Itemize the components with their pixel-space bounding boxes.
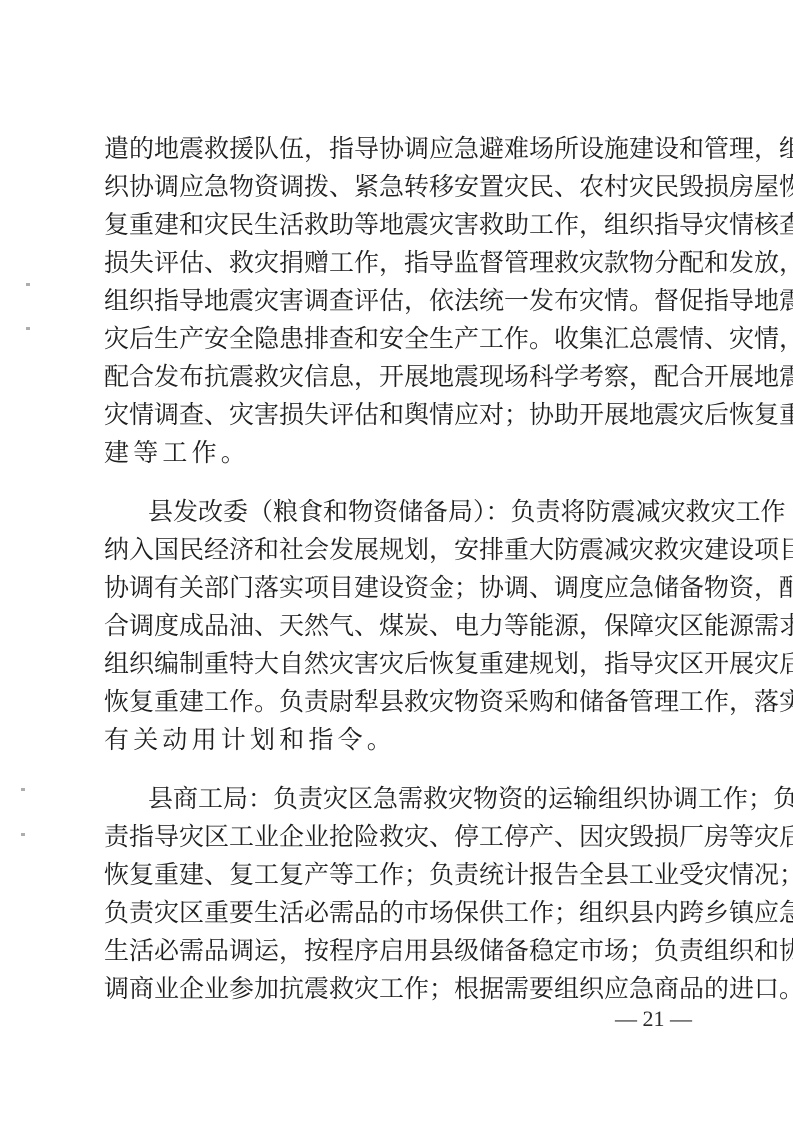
paragraph-line: 组织指导地震灾害调查评估，依法统一发布灾情。督促指导地震 [104, 286, 692, 316]
paragraph-line: 责指导灾区工业企业抢险救灾、停工停产、因灾毁损厂房等灾后 [104, 822, 692, 852]
binding-mark [26, 327, 30, 330]
paragraph-line: 负责灾区重要生活必需品的市场保供工作；组织县内跨乡镇应急 [104, 898, 692, 928]
document-page: 遣的地震救援队伍，指导协调应急避难场所设施建设和管理，组 织协调应急物资调拨、紧… [0, 0, 793, 1122]
paragraph-line: 恢复重建、复工复产等工作；负责统计报告全县工业受灾情况； [104, 860, 692, 890]
paragraph-line: 纳入国民经济和社会发展规划，安排重大防震减灾救灾建设项目， [104, 535, 692, 565]
paragraph-line: 组织编制重特大自然灾害灾后恢复重建规划，指导灾区开展灾后 [104, 649, 692, 679]
paragraph-line: 织协调应急物资调拨、紧急转移安置灾民、农村灾民毁损房屋恢 [104, 172, 692, 202]
paragraph-line: 有关动用计划和指令。 [104, 725, 692, 755]
binding-mark [21, 833, 25, 836]
paragraph-line: 恢复重建工作。负责尉犁县救灾物资采购和储备管理工作，落实 [104, 687, 692, 717]
page-number: — 21 — [606, 1005, 692, 1033]
binding-mark [26, 283, 30, 286]
paragraph-line: 调商业企业参加抗震救灾工作；根据需要组织应急商品的进口。 [104, 974, 692, 1004]
paragraph-line: 复重建和灾民生活救助等地震灾害救助工作，组织指导灾情核查、 [104, 210, 692, 240]
paragraph-line: 遣的地震救援队伍，指导协调应急避难场所设施建设和管理，组 [104, 134, 692, 164]
paragraph-first-line: 县商工局：负责灾区急需救灾物资的运输组织协调工作；负 [148, 784, 692, 814]
paragraph-line: 配合发布抗震救灾信息，开展地震现场科学考察，配合开展地震 [104, 362, 692, 392]
paragraph-line: 生活必需品调运，按程序启用县级储备稳定市场；负责组织和协 [104, 936, 692, 966]
paragraph-line: 灾情调查、灾害损失评估和舆情应对；协助开展地震灾后恢复重 [104, 400, 692, 430]
paragraph-line: 合调度成品油、天然气、煤炭、电力等能源，保障灾区能源需求； [104, 611, 692, 641]
paragraph-line: 灾后生产安全隐患排查和安全生产工作。收集汇总震情、灾情， [104, 324, 692, 354]
binding-mark [21, 788, 25, 791]
paragraph-line: 损失评估、救灾捐赠工作，指导监督管理救灾款物分配和发放， [104, 248, 692, 278]
paragraph-first-line: 县发改委（粮食和物资储备局）：负责将防震减灾救灾工作 [148, 497, 692, 527]
paragraph-line: 建等工作。 [104, 438, 692, 468]
paragraph-line: 协调有关部门落实项目建设资金；协调、调度应急储备物资，配 [104, 573, 692, 603]
